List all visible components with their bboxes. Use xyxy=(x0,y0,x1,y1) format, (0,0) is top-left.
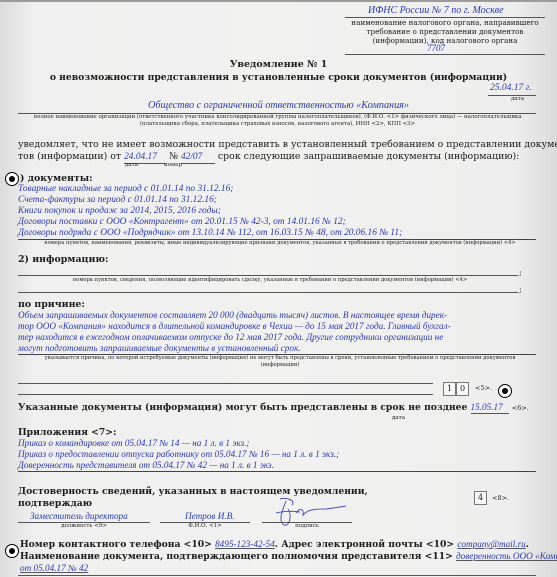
attachments-list: Приказ о командировке от 05.04.17 № 14 —… xyxy=(18,438,339,471)
reason-line: тер находится в ежегодном оплачиваемом о… xyxy=(18,332,451,343)
request-number: 42/07 xyxy=(181,152,215,164)
number-sign: № xyxy=(169,151,178,162)
divider xyxy=(345,54,545,55)
request-date-caption: дата xyxy=(125,162,138,168)
divider xyxy=(18,383,433,384)
deadline-text: Указанные документы (информация) могут б… xyxy=(18,402,467,413)
document-item: Договоры подряда с ООО «Подрядчик» от 13… xyxy=(18,228,402,239)
divider xyxy=(18,394,433,395)
reason-heading: по причине: xyxy=(18,299,85,310)
signature-caption: подпись xyxy=(262,523,352,529)
phone-value: 8495-123-42-54 xyxy=(215,539,275,549)
attachment-item: Приказ о командировке от 05.04.17 № 14 —… xyxy=(18,438,339,449)
semicolon: ; xyxy=(519,285,522,294)
annotation-marker[interactable] xyxy=(5,172,19,186)
divider xyxy=(18,575,536,576)
attachment-item: Доверенность представителя от 05.04.17 №… xyxy=(18,460,339,471)
document-item: Книги покупок и продаж за 2014, 2015, 20… xyxy=(18,206,402,217)
attachment-item: Приказ о предоставлении отпуска работник… xyxy=(18,449,339,460)
reason-text: Объем запрашиваемых документов составляе… xyxy=(18,310,451,354)
notice-date: 25.04.17 г. xyxy=(490,83,532,93)
email-value[interactable]: company@mail.ru xyxy=(457,539,525,549)
email-label: . Адрес электронной почты <10> xyxy=(275,539,454,550)
code5-digit-1: 1 xyxy=(443,382,456,396)
authority-doc-value: доверенность ООО «Компания» xyxy=(456,551,557,561)
intro-prefix: тов (информации) от xyxy=(18,151,121,162)
information-caption: номера пунктов, сведения, позволяющие ид… xyxy=(20,277,520,284)
information-heading: 2) информацию: xyxy=(18,254,108,265)
organization-caption: полное наименование организации (ответст… xyxy=(20,114,535,127)
document-title: Уведомление № 1 xyxy=(0,59,557,70)
document-subtitle: о невозможности представления в установл… xyxy=(0,72,557,83)
documents-list: Товарные накладные за период с 01.01.14 … xyxy=(18,184,402,239)
tax-authority-caption: наименование налогового органа, направив… xyxy=(350,18,540,45)
intro-suffix: срок следующие запрашиваемые документы (… xyxy=(218,151,519,162)
deadline-line: Указанные документы (информация) могут б… xyxy=(18,402,529,414)
deadline-date: 15.05.17 xyxy=(471,402,509,414)
divider xyxy=(18,275,518,276)
document-item: Договоры поставки с ООО «Контрагент» от … xyxy=(18,217,402,228)
documents-caption: номера пунктов, наименования, реквизиты,… xyxy=(40,240,520,247)
divider xyxy=(18,292,518,293)
top-edge xyxy=(0,0,557,2)
authority-doc-label: Наименование документа, подтверждающего … xyxy=(20,551,453,562)
signer-name: Петров И.В. xyxy=(185,511,235,521)
annotation-marker[interactable] xyxy=(5,544,19,558)
reason-line: Объем запрашиваемых документов составляе… xyxy=(18,310,451,321)
contacts-line-2: Наименование документа, подтверждающего … xyxy=(20,551,557,562)
email-suffix: . xyxy=(526,539,529,550)
document-item: Товарные накладные за период с 01.01.14 … xyxy=(18,184,402,195)
reason-line: могут подготовить запрашиваемые документ… xyxy=(18,343,451,354)
code5-note: <5>. xyxy=(475,384,492,392)
divider xyxy=(18,471,536,472)
intro-line-2: тов (информации) от 24.04.17 № 42/07 сро… xyxy=(18,151,519,164)
signer-position-caption: должность <9> xyxy=(18,523,150,529)
reason-caption: указывается причина, по которой истребуе… xyxy=(40,355,520,368)
tax-authority-code: 7707 xyxy=(427,43,445,53)
semicolon: ; xyxy=(519,268,522,277)
deadline-caption: дата xyxy=(392,415,405,421)
code8-note: <8>. xyxy=(492,494,509,502)
documents-heading: ) документы: xyxy=(20,173,93,184)
confirmation-line-2: подтверждаю xyxy=(18,498,92,509)
organization-name: Общество с ограниченной ответственностью… xyxy=(0,100,557,111)
deadline-note: <6>. xyxy=(512,404,529,412)
tax-authority: ИФНС России № 7 по г. Москве xyxy=(368,5,504,16)
request-number-caption: номер xyxy=(164,162,182,168)
reason-line: тор ООО «Компания» находится в длительно… xyxy=(18,321,451,332)
contacts-line-1: Номер контактного телефона <10> 8495-123… xyxy=(20,539,529,550)
code5-digit-2: 0 xyxy=(456,382,469,396)
signer-name-caption: Ф.И.О. <1> xyxy=(160,523,250,529)
signer-position: Заместитель директора xyxy=(30,511,128,521)
attachments-heading: Приложения <7>: xyxy=(18,427,116,438)
phone-label: Номер контактного телефона <10> xyxy=(20,539,212,550)
annotation-marker[interactable] xyxy=(498,384,512,398)
document-item: Счета-фактуры за период с 01.01.14 по 31… xyxy=(18,195,402,206)
authority-doc-value-2: от 05.04.17 № 42 xyxy=(20,563,88,573)
code8-box: 4 xyxy=(474,491,487,505)
intro-line-1: уведомляет, что не имеет возможности пре… xyxy=(18,139,557,150)
